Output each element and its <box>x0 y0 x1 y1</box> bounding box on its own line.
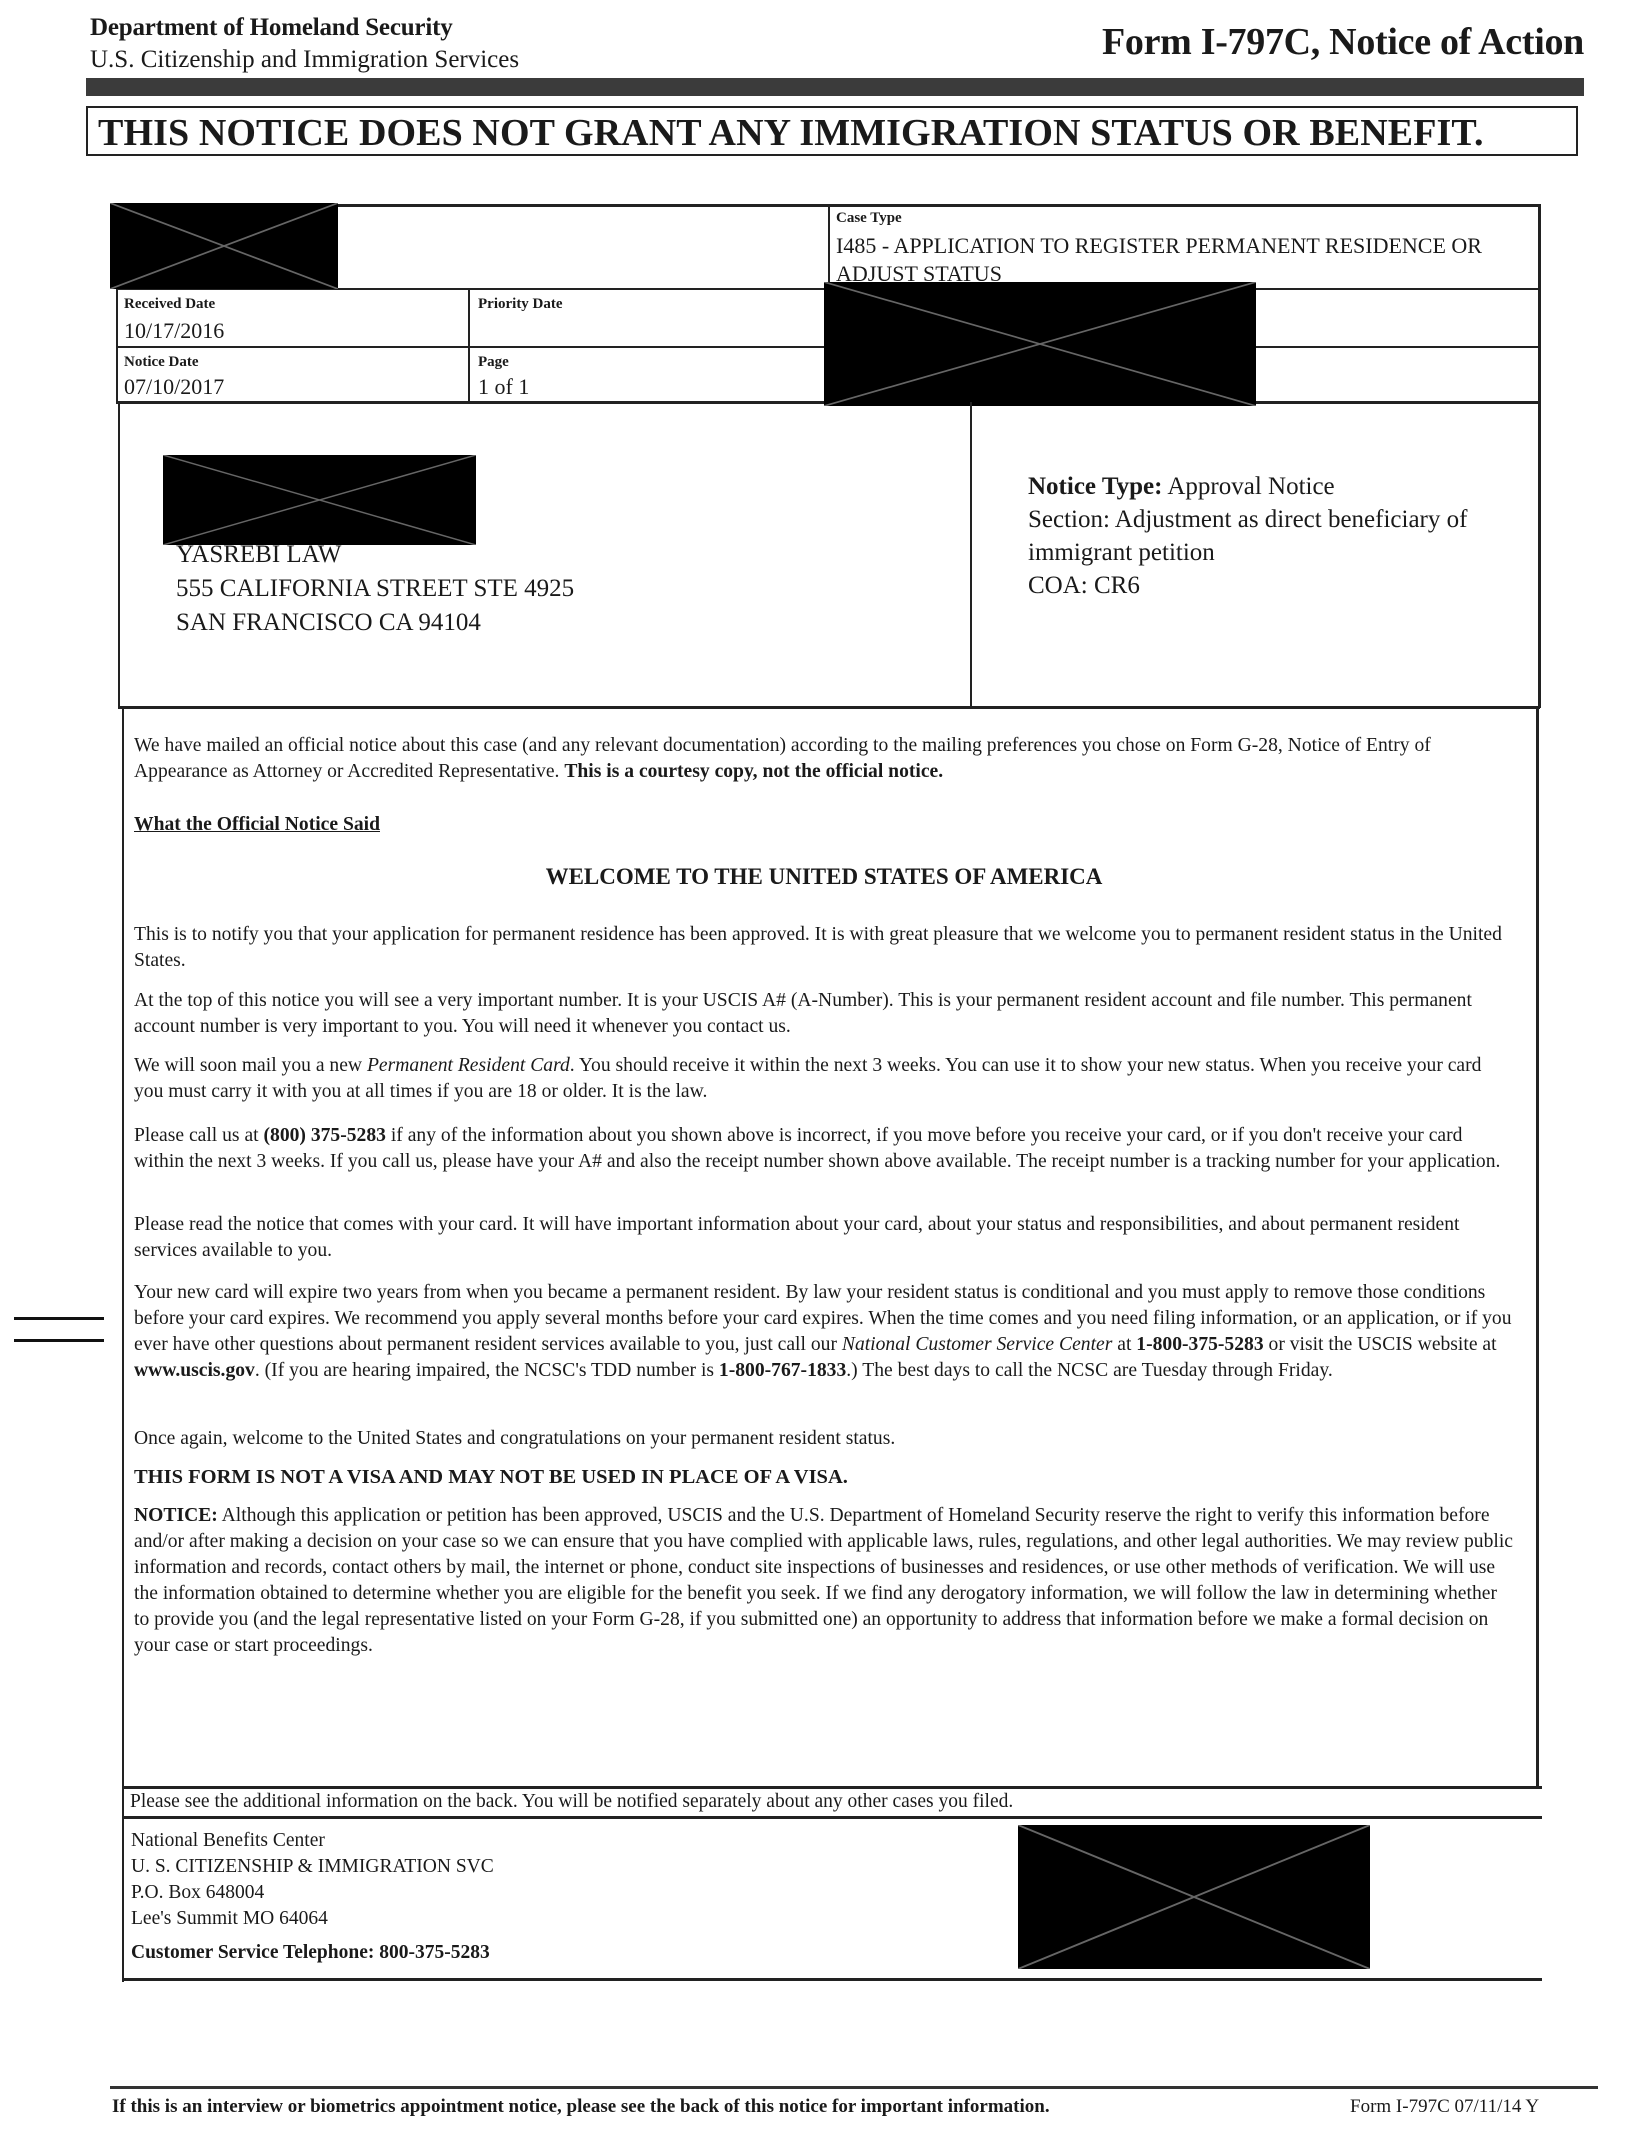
priority-date-label: Priority Date <box>478 296 563 313</box>
status-disclaimer-banner: THIS NOTICE DOES NOT GRANT ANY IMMIGRATI… <box>86 106 1578 156</box>
what-said-heading-wrap: What the Official Notice Said <box>134 812 1514 838</box>
office-line-4: Lee's Summit MO 64064 <box>131 1906 494 1932</box>
box-line <box>970 402 972 708</box>
page-label: Page <box>478 354 509 371</box>
paragraph-approval: This is to notify you that your applicat… <box>134 922 1514 974</box>
header-divider-bar <box>86 78 1584 96</box>
notice-label: NOTICE: <box>134 1505 218 1526</box>
grid-line <box>828 204 830 290</box>
welcome-heading: WELCOME TO THE UNITED STATES OF AMERICA <box>134 864 1514 890</box>
ncsc-phone: 1-800-375-5283 <box>1136 1334 1263 1355</box>
recipient-address: YASREBI LAW 555 CALIFORNIA STREET STE 49… <box>176 538 574 640</box>
paragraph-congratulations: Once again, welcome to the United States… <box>134 1426 1514 1452</box>
address-line-3: SAN FRANCISCO CA 94104 <box>176 606 574 640</box>
box-line <box>118 706 1540 709</box>
margin-mark <box>14 1317 104 1320</box>
intro-paragraph: We have mailed an official notice about … <box>134 733 1514 785</box>
office-line-2: U. S. CITIZENSHIP & IMMIGRATION SVC <box>131 1854 494 1880</box>
paragraph-a-number: At the top of this notice you will see a… <box>134 988 1514 1040</box>
visa-warning: THIS FORM IS NOT A VISA AND MAY NOT BE U… <box>134 1464 1514 1490</box>
ncsc-name: National Customer Service Center <box>842 1334 1112 1355</box>
received-date-label: Received Date <box>124 296 215 313</box>
case-type-label: Case Type <box>836 210 902 227</box>
notice-coa: COA: CR6 <box>1028 569 1528 602</box>
redacted-barcode <box>1018 1825 1370 1969</box>
box-line <box>122 708 124 1788</box>
case-type-value: I485 - APPLICATION TO REGISTER PERMANENT… <box>836 232 1526 284</box>
form-edition: Form I-797C 07/11/14 Y <box>1350 2096 1539 2118</box>
paragraph-read-notice: Please read the notice that comes with y… <box>134 1212 1514 1264</box>
box-line <box>1536 708 1539 1788</box>
courtesy-copy-note: This is a courtesy copy, not the officia… <box>564 761 943 782</box>
box-line <box>122 1816 1542 1819</box>
notice-type-panel: Notice Type: Approval Notice Section: Ad… <box>1028 470 1528 602</box>
paragraph-card: We will soon mail you a new Permanent Re… <box>134 1053 1514 1105</box>
permanent-resident-card-term: Permanent Resident Card <box>367 1055 570 1076</box>
footer-rule <box>110 2086 1598 2089</box>
box-line <box>118 402 120 708</box>
notice-type-label: Notice Type: <box>1028 473 1162 500</box>
agency-name: Department of Homeland Security <box>90 14 453 42</box>
notice-date-label: Notice Date <box>124 354 199 371</box>
customer-service-phone: Customer Service Telephone: 800-375-5283 <box>131 1940 494 1966</box>
margin-mark <box>14 1339 104 1342</box>
box-line <box>1538 402 1541 708</box>
page-value: 1 of 1 <box>478 374 529 400</box>
what-official-notice-said-heading: What the Official Notice Said <box>134 814 380 835</box>
box-line <box>122 1978 1542 1981</box>
office-line-1: National Benefits Center <box>131 1828 494 1854</box>
notice-date-value: 07/10/2017 <box>124 374 224 400</box>
office-line-3: P.O. Box 648004 <box>131 1880 494 1906</box>
footer-note: If this is an interview or biometrics ap… <box>112 2096 1050 2118</box>
paragraph-call-us: Please call us at (800) 375-5283 if any … <box>134 1123 1514 1175</box>
notice-section: Section: Adjustment as direct beneficiar… <box>1028 503 1528 569</box>
redacted-applicant-info <box>824 282 1256 406</box>
paragraph-card-expiry: Your new card will expire two years from… <box>134 1280 1514 1384</box>
box-line <box>122 1786 124 1982</box>
tdd-number: 1-800-767-1833 <box>719 1360 846 1381</box>
additional-info-note: Please see the additional information on… <box>130 1789 1013 1815</box>
redacted-receipt-number <box>110 203 338 289</box>
address-line-2: 555 CALIFORNIA STREET STE 4925 <box>176 572 574 606</box>
paragraph-notice: NOTICE: Although this application or pet… <box>134 1503 1514 1659</box>
uscis-website-link[interactable]: www.uscis.gov <box>134 1360 255 1381</box>
phone-number: (800) 375-5283 <box>264 1125 386 1146</box>
grid-line <box>468 288 470 402</box>
form-title: Form I-797C, Notice of Action <box>1102 20 1584 64</box>
office-address: National Benefits Center U. S. CITIZENSH… <box>131 1828 494 1966</box>
received-date-value: 10/17/2016 <box>124 318 224 344</box>
grid-line <box>1538 204 1541 404</box>
sub-agency-name: U.S. Citizenship and Immigration Service… <box>90 46 519 74</box>
redacted-recipient-name <box>163 455 476 545</box>
notice-type-value: Approval Notice <box>1167 473 1334 500</box>
